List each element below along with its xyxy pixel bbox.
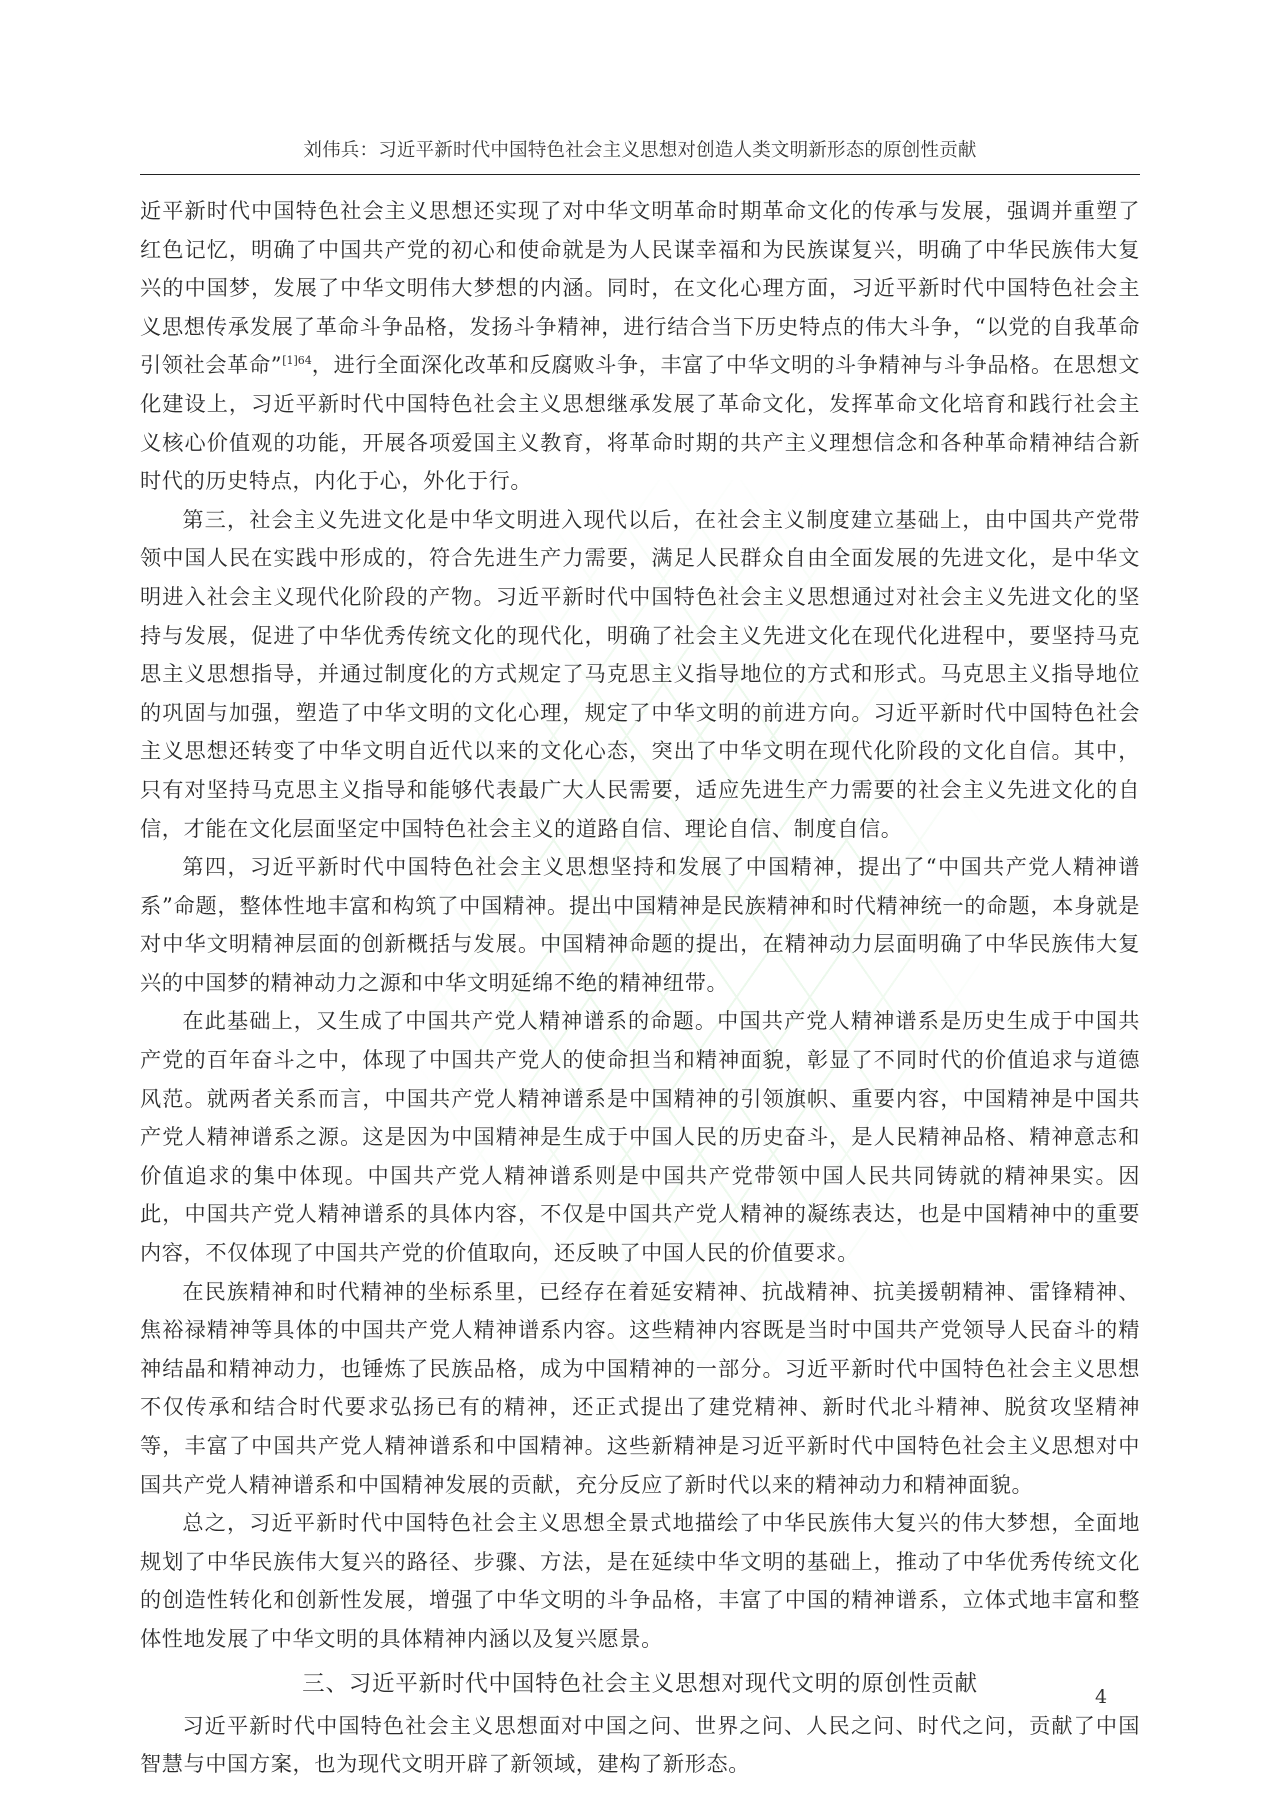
citation-marker[interactable]: [1]64: [282, 354, 312, 367]
running-header: 刘伟兵：习近平新时代中国特色社会主义思想对创造人类文明新形态的原创性贡献: [140, 136, 1140, 162]
paragraph-4: 在此基础上，又生成了中国共产党人精神谱系的命题。中国共产党人精神谱系是历史生成于…: [140, 1002, 1140, 1272]
paragraph-6: 总之，习近平新时代中国特色社会主义思想全景式地描绘了中华民族伟大复兴的伟大梦想，…: [140, 1504, 1140, 1658]
article-body: 近平新时代中国特色社会主义思想还实现了对中华文明革命时期革命文化的传承与发展，强…: [140, 192, 1140, 1784]
section-paragraph-1: 习近平新时代中国特色社会主义思想面对中国之问、世界之问、人民之问、时代之问，贡献…: [140, 1707, 1140, 1784]
paragraph-1-text-a: 近平新时代中国特色社会主义思想还实现了对中华文明革命时期革命文化的传承与发展，强…: [140, 198, 1140, 377]
page-number: 4: [1095, 1686, 1107, 1708]
paragraph-1-text-b: ，进行全面深化改革和反腐败斗争，丰富了中华文明的斗争精神与斗争品格。在思想文化建…: [140, 352, 1140, 493]
paragraph-3: 第四，习近平新时代中国特色社会主义思想坚持和发展了中国精神，提出了“中国共产党人…: [140, 848, 1140, 1002]
section-heading: 三、习近平新时代中国特色社会主义思想对现代文明的原创性贡献: [140, 1661, 1140, 1707]
header-rule: [140, 174, 1140, 175]
paragraph-2: 第三，社会主义先进文化是中华文明进入现代以后，在社会主义制度建立基础上，由中国共…: [140, 501, 1140, 848]
paragraph-5: 在民族精神和时代精神的坐标系里，已经存在着延安精神、抗战精神、抗美援朝精神、雷锋…: [140, 1273, 1140, 1505]
paragraph-1: 近平新时代中国特色社会主义思想还实现了对中华文明革命时期革命文化的传承与发展，强…: [140, 192, 1140, 501]
